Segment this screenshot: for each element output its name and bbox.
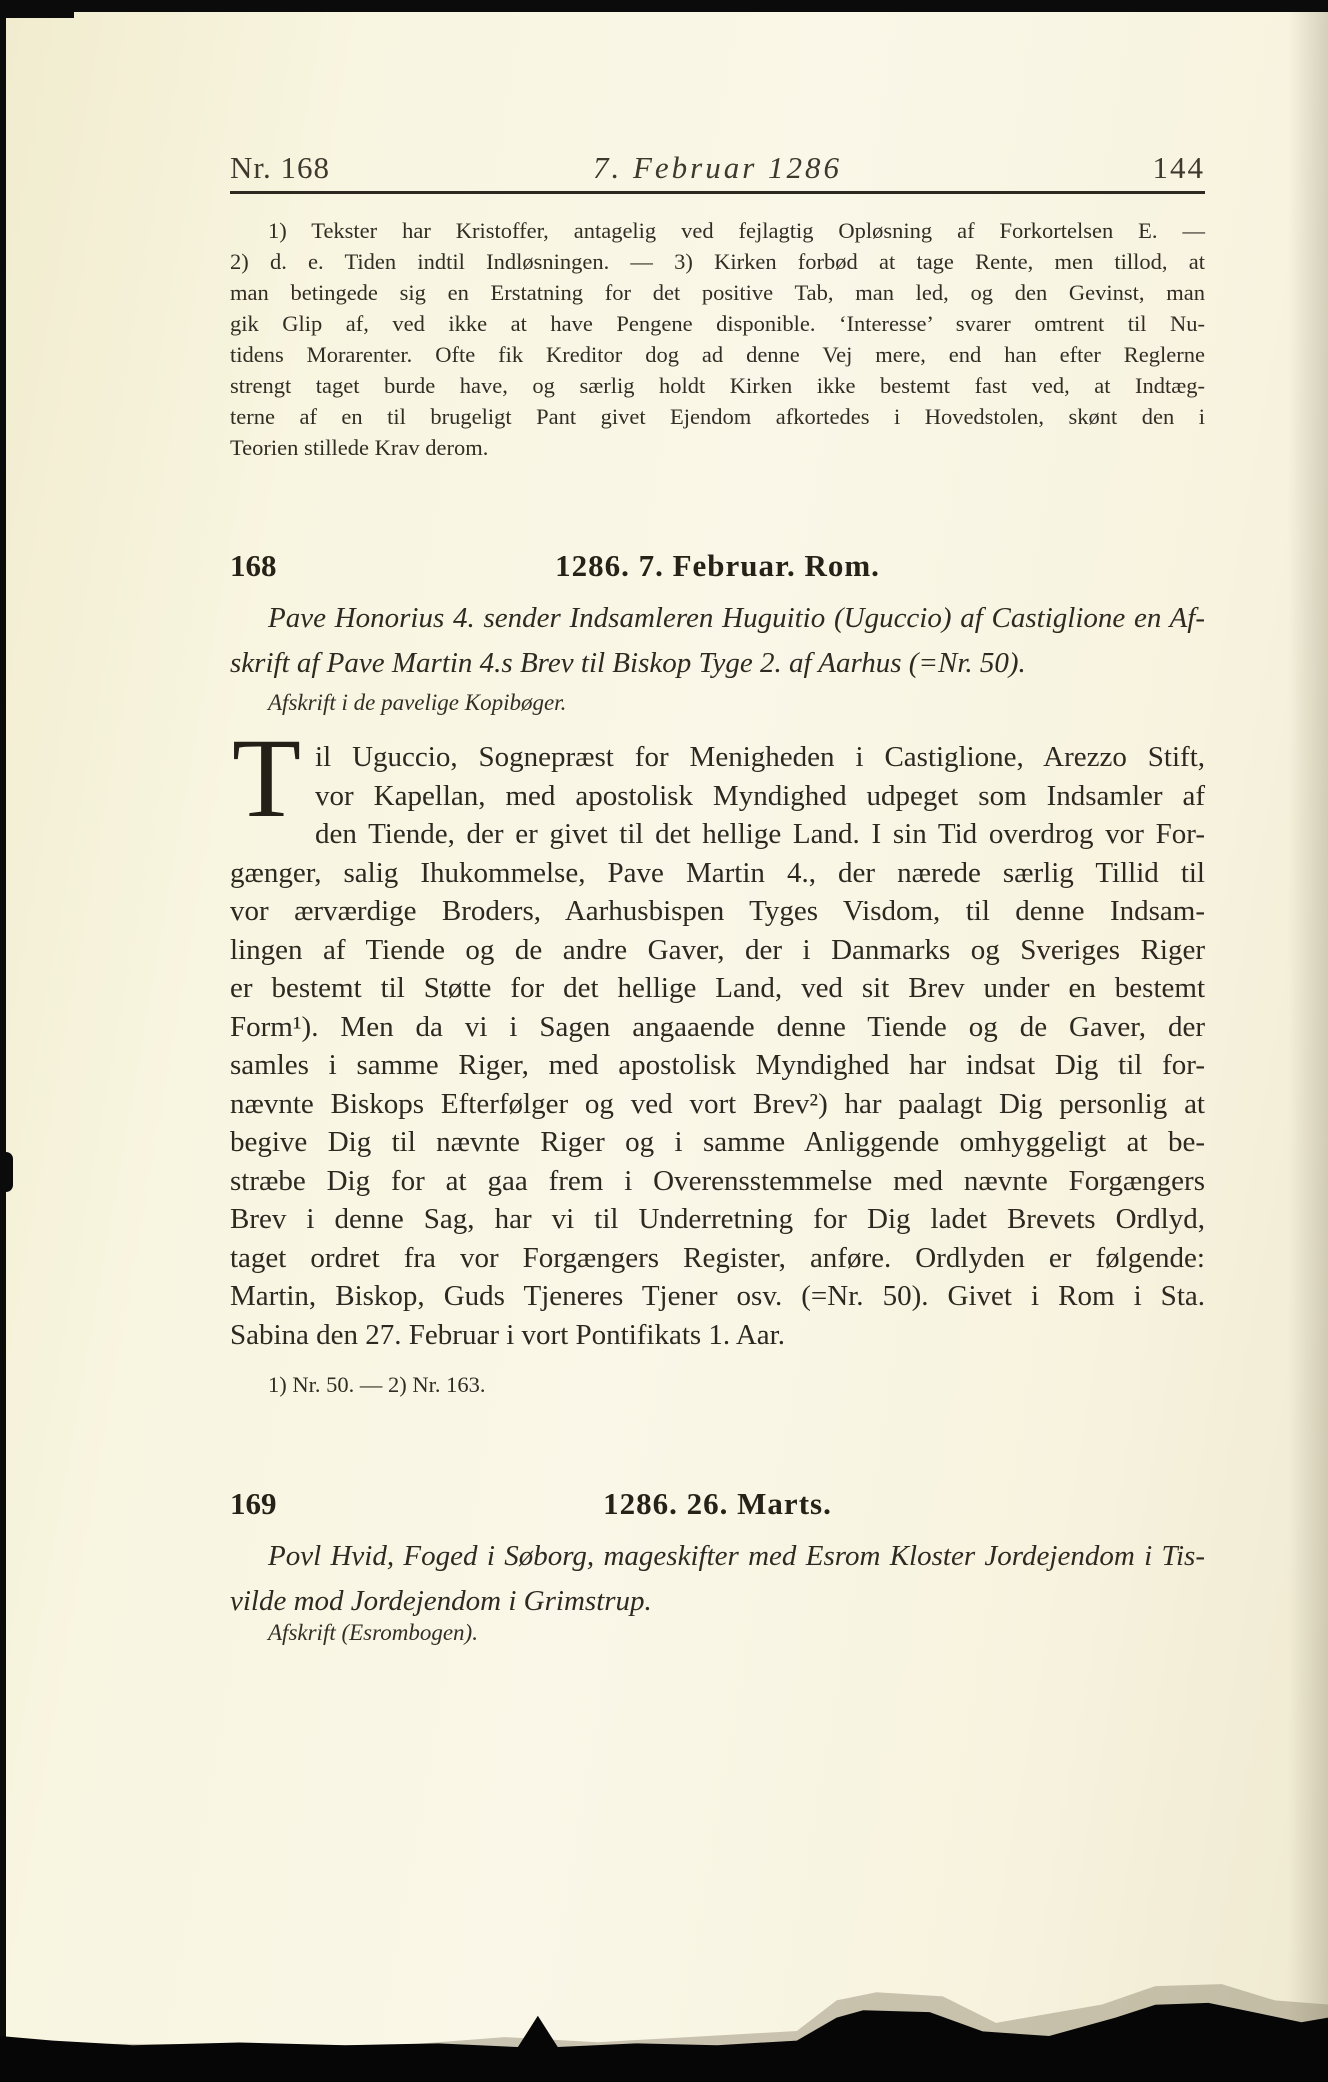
entry-168-heading: 168 1286. 7. Februar. Rom. [230, 548, 1205, 584]
running-header: Nr. 168 7. Februar 1286 144 [230, 150, 1205, 192]
carryover-footnote-block: 1) Tekster har Kristoffer, antagelig ved… [230, 215, 1205, 463]
scan-edge-left-notch [0, 1152, 13, 1192]
text-line: 1) Tekster har Kristoffer, antagelig ved… [230, 215, 1205, 246]
text-line: skrift af Pave Martin 4.s Brev til Bisko… [230, 641, 1205, 686]
text-line: Form¹). Men da vi i Sagen angaaende denn… [230, 1008, 1205, 1047]
entry-168-footnote: 1) Nr. 50. — 2) Nr. 163. [230, 1372, 1205, 1398]
text-line: terne af en til brugeligt Pant givet Eje… [230, 401, 1205, 432]
entry-169-source: Afskrift (Esrombogen). [230, 1620, 1205, 1646]
scan-edge-top [0, 0, 1328, 12]
text-line: man betingede sig en Erstatning for det … [230, 277, 1205, 308]
text-line: stræbe Dig for at gaa frem i Overensstem… [230, 1162, 1205, 1201]
entry-168-date: 1286. 7. Februar. Rom. [230, 548, 1205, 584]
text-line: gænger, salig Ihukommelse, Pave Martin 4… [230, 854, 1205, 893]
text-line: vor Kapellan, med apostolisk Myndighed u… [230, 777, 1205, 816]
text-line: vor ærværdige Broders, Aarhusbispen Tyge… [230, 892, 1205, 931]
page-curl-shading [1288, 0, 1328, 2082]
entry-168-summary: Pave Honorius 4. sender Indsamleren Hugu… [230, 596, 1205, 686]
text-line: taget ordret fra vor Forgængers Register… [230, 1239, 1205, 1278]
text-line: nævnte Biskops Efterfølger og ved vort B… [230, 1085, 1205, 1124]
entry-169-number: 169 [230, 1486, 277, 1522]
text-line: 2) d. e. Tiden indtil Indløsningen. — 3)… [230, 246, 1205, 277]
entry-169-heading: 169 1286. 26. Marts. [230, 1486, 1205, 1522]
header-rule [230, 191, 1205, 194]
text-line: Povl Hvid, Foged i Søborg, mageskifter m… [230, 1534, 1205, 1579]
header-page-number: 144 [1153, 150, 1206, 186]
scan-edge-top-left-corner [0, 0, 74, 18]
scanned-book-page: Nr. 168 7. Februar 1286 144 1) Tekster h… [0, 0, 1328, 2082]
text-line: gik Glip af, ved ikke at have Pengene di… [230, 308, 1205, 339]
dropcap-letter: T [232, 739, 301, 816]
entry-168-body: T il Uguccio, Sognepræst for Menigheden … [230, 738, 1205, 1354]
entry-168-body-lines: il Uguccio, Sognepræst for Menigheden i … [230, 738, 1205, 1354]
entry-168-source: Afskrift i de pavelige Kopibøger. [230, 690, 1205, 716]
text-line: er bestemt til Støtte for det hellige La… [230, 969, 1205, 1008]
header-date: 7. Februar 1286 [230, 150, 1205, 186]
text-line: den Tiende, der er givet til det hellige… [230, 815, 1205, 854]
scan-edge-left [0, 0, 6, 2082]
entry-168-number: 168 [230, 548, 277, 584]
text-line: Pave Honorius 4. sender Indsamleren Hugu… [230, 596, 1205, 641]
text-line: strengt taget burde have, og særlig hold… [230, 370, 1205, 401]
text-line: lingen af Tiende og de andre Gaver, der … [230, 931, 1205, 970]
text-line: il Uguccio, Sognepræst for Menigheden i … [230, 738, 1205, 777]
text-line: Martin, Biskop, Guds Tjeneres Tjener osv… [230, 1277, 1205, 1316]
text-line: Teorien stillede Krav derom. [230, 432, 1205, 463]
entry-169-date: 1286. 26. Marts. [230, 1486, 1205, 1522]
text-line: Brev i denne Sag, har vi til Underretnin… [230, 1200, 1205, 1239]
header-entry-number: Nr. 168 [230, 150, 330, 186]
text-line: samles i samme Riger, med apostolisk Myn… [230, 1046, 1205, 1085]
text-line: tidens Morarenter. Ofte fik Kreditor dog… [230, 339, 1205, 370]
text-line: begive Dig til nævnte Riger og i samme A… [230, 1123, 1205, 1162]
text-line: vilde mod Jordejendom i Grimstrup. [230, 1579, 1205, 1624]
entry-169-summary: Povl Hvid, Foged i Søborg, mageskifter m… [230, 1534, 1205, 1624]
text-line: Sabina den 27. Februar i vort Pontifikat… [230, 1316, 1205, 1355]
